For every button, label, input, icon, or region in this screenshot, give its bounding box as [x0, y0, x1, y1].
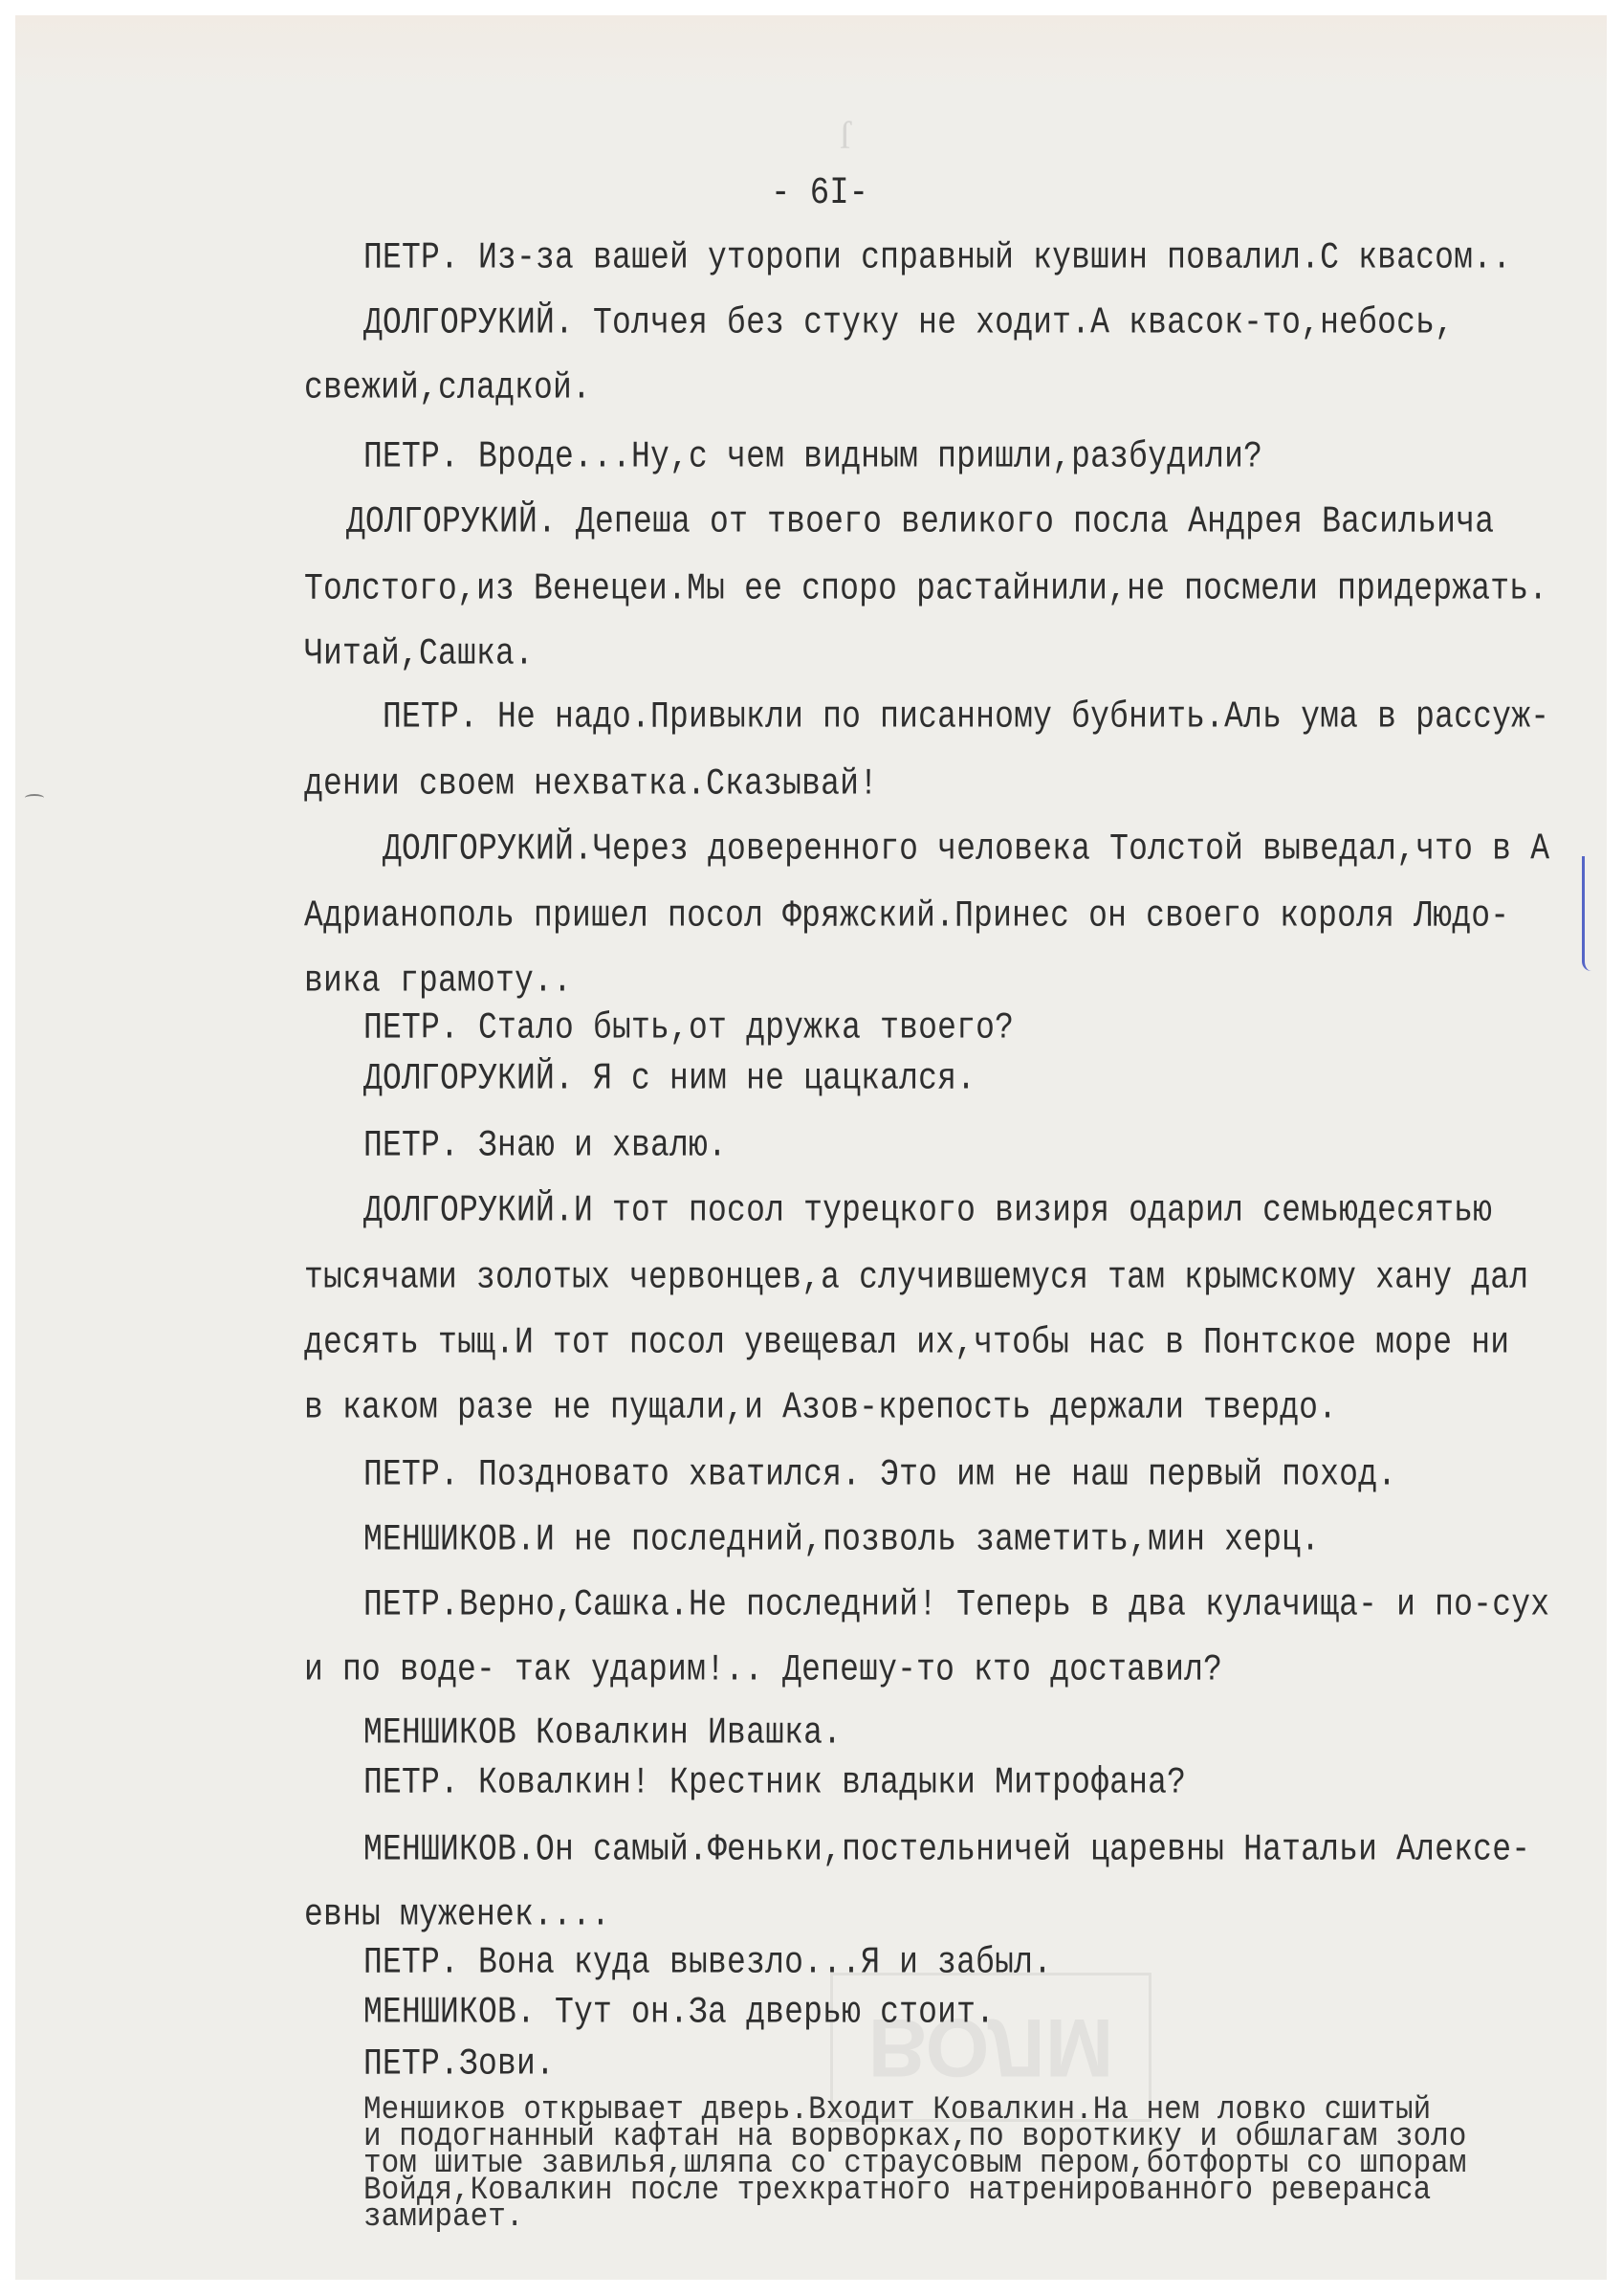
dialogue-line: ПЕТР. Из-за вашей уторопи справный кувши… [363, 239, 1511, 276]
dialogue-line: ПЕТР. Не надо.Привыкли по писанному бубн… [383, 698, 1549, 736]
dialogue-line: в каком разе не пущали,и Азов-крепость д… [304, 1389, 1337, 1426]
dialogue-line: ДОЛГОРУКИЙ. Я с ним не цацкался. [363, 1060, 976, 1097]
dialogue-line: дении своем нехватка.Сказывай! [304, 765, 878, 803]
dialogue-line: МЕНШИКОВ Ковалкин Ивашка. [363, 1714, 842, 1752]
dialogue-line: ДОЛГОРУКИЙ.Через доверенного человека То… [383, 830, 1549, 868]
stage-direction-line: замирает. [363, 2200, 523, 2234]
dialogue-line: ДОЛГОРУКИЙ. Толчея без стуку не ходит.А … [363, 304, 1454, 342]
dialogue-line: и по воде- так ударим!.. Депешу-то кто д… [304, 1651, 1222, 1689]
dialogue-line: ПЕТР. Ковалкин! Крестник владыки Митрофа… [363, 1764, 1186, 1801]
blue-ink-margin-mark [1582, 856, 1594, 971]
dialogue-line: МЕНШИКОВ.И не последний,позволь заметить… [363, 1521, 1320, 1558]
dialogue-line: ПЕТР.Верно,Сашка.Не последний! Теперь в … [363, 1586, 1549, 1623]
faint-pencil-mark: ſ [840, 113, 850, 158]
dialogue-line: ПЕТР.Зови. [363, 2045, 555, 2083]
dialogue-line: ПЕТР. Знаю и хвалю. [363, 1127, 727, 1164]
dialogue-line: Толстого,из Венецеи.Мы ее споро растайни… [304, 570, 1547, 607]
dialogue-line: ПЕТР. Поздновато хватился. Это им не наш… [363, 1456, 1396, 1493]
dialogue-line: Читай,Сашка. [304, 635, 534, 673]
dialogue-line: ДОЛГОРУКИЙ. Депеша от твоего великого по… [346, 503, 1494, 541]
dialogue-line: МЕНШИКОВ. Тут он.За дверью стоит. [363, 1994, 995, 2031]
page-number: - 6I- [771, 172, 868, 215]
dialogue-line: ПЕТР. Стало быть,от дружка твоего? [363, 1009, 1014, 1047]
dialogue-line: десять тыщ.И тот посол увещевал их,чтобы… [304, 1324, 1509, 1361]
dialogue-line: ПЕТР. Вона куда вывезло...Я и забыл. [363, 1944, 1052, 1981]
dialogue-line: Адрианополь пришел посол Фряжский.Принес… [304, 897, 1509, 935]
dialogue-line: тысячами золотых червонцев,а случившемус… [304, 1259, 1528, 1296]
dialogue-line: евны муженек.... [304, 1896, 610, 1933]
dialogue-line: ДОЛГОРУКИЙ.И тот посол турецкого визиря … [363, 1192, 1492, 1229]
typewritten-page [15, 15, 1607, 2280]
dialogue-line: МЕНШИКОВ.Он самый.Феньки,постельничей ца… [363, 1831, 1530, 1868]
dialogue-line: вика грамоту.. [304, 962, 572, 1000]
dialogue-line: ПЕТР. Вроде...Ну,с чем видным пришли,раз… [363, 438, 1262, 475]
dialogue-line: свежий,сладкой. [304, 369, 591, 407]
pencil-margin-mark [25, 794, 44, 802]
